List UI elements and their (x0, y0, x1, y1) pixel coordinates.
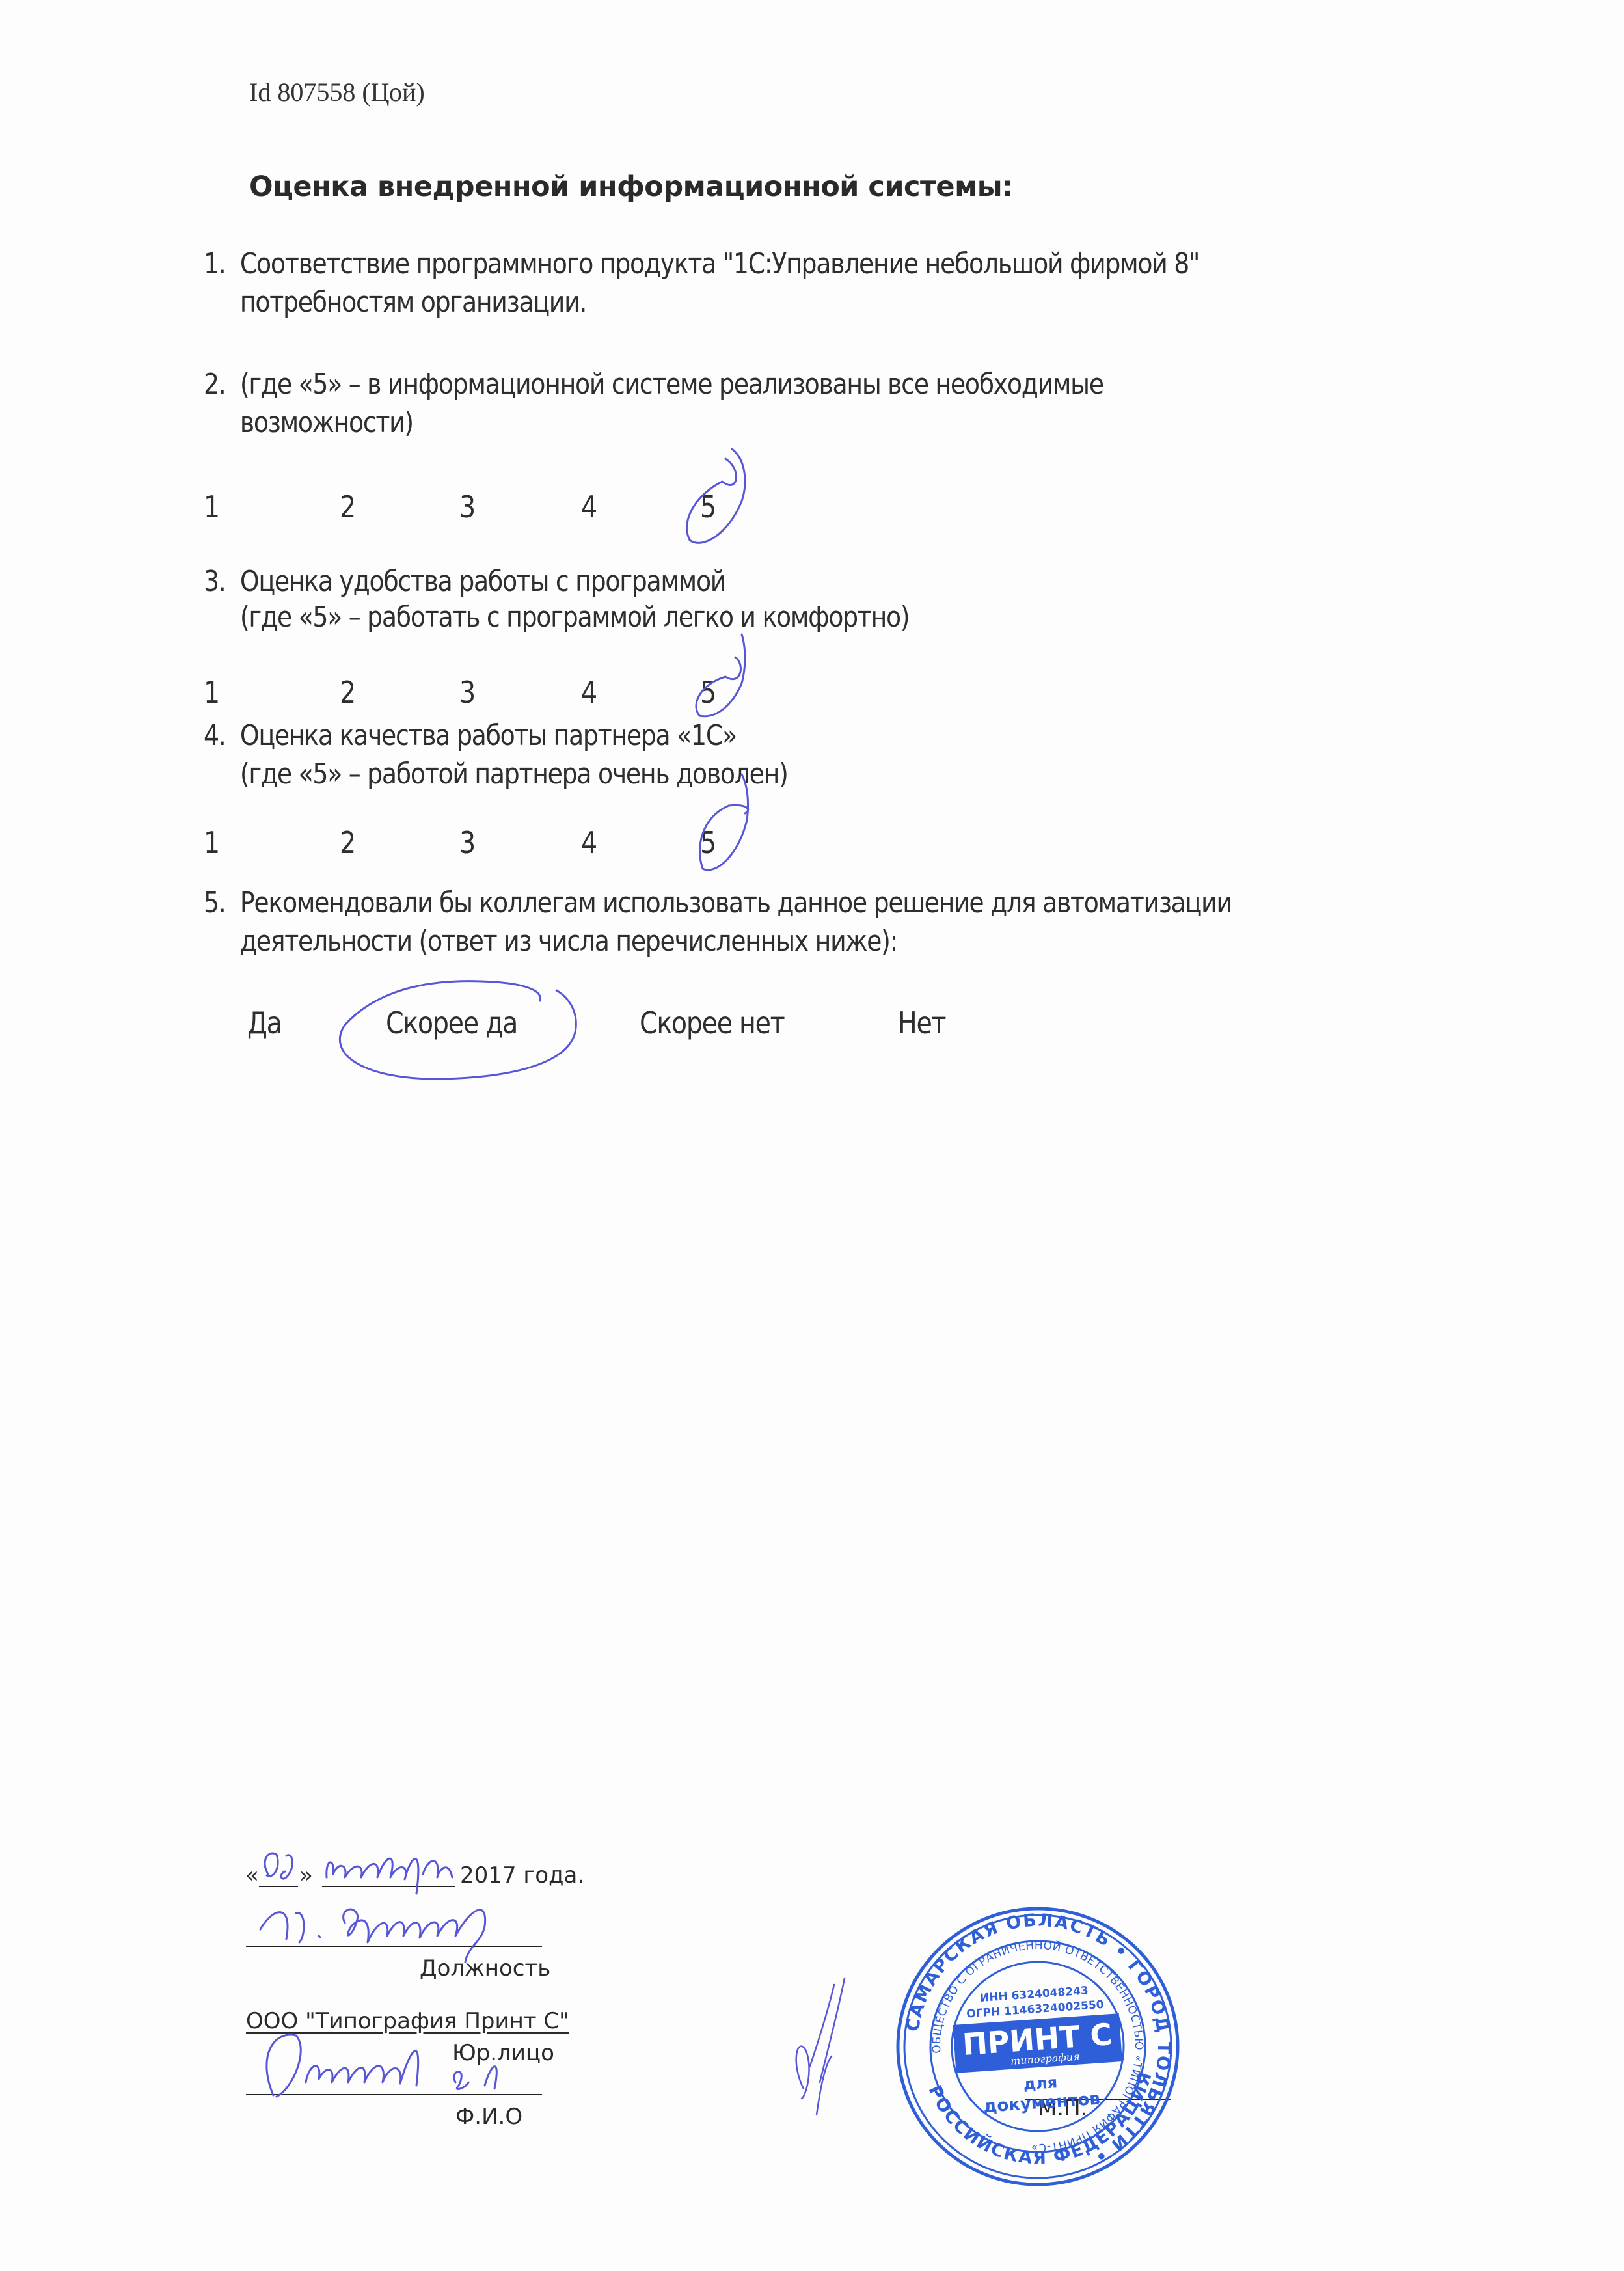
choice-no[interactable]: Нет (898, 1005, 945, 1040)
rating-option[interactable]: 2 (340, 675, 356, 710)
svg-text:ПРИНТ С: ПРИНТ С (961, 2017, 1113, 2062)
handwritten-date-month (327, 1858, 452, 1894)
question-text-cont: (где «5» – работой партнера очень доволе… (204, 757, 788, 791)
question-text-cont: деятельности (ответ из числа перечисленн… (204, 925, 1232, 958)
question-number: 3. (204, 565, 240, 598)
question-2: 2.(где «5» – в информационной системе ре… (204, 368, 1103, 439)
svg-text:ОГРН 1146324002550: ОГРН 1146324002550 (966, 1998, 1105, 2021)
svg-text:РОССИЙСКАЯ ФЕДЕРАЦИЯ: РОССИЙСКАЯ ФЕДЕРАЦИЯ (924, 2067, 1163, 2176)
fio-underline (246, 2094, 542, 2095)
question-text: Оценка удобства работы с программой (240, 565, 725, 598)
svg-text:типография: типография (1010, 2050, 1080, 2067)
question-number: 4. (204, 719, 240, 752)
handwritten-date-day (265, 1853, 292, 1879)
question-5: 5.Рекомендовали бы коллегам использовать… (204, 886, 1232, 958)
rating-option[interactable]: 1 (204, 489, 220, 524)
rating-option-selected[interactable]: 5 (700, 825, 716, 860)
choice-yes[interactable]: Да (247, 1005, 282, 1040)
date-close-quote: » (299, 1862, 313, 1888)
choice-rather-yes-selected[interactable]: Скорее да (386, 1005, 517, 1040)
question-1: 1.Соответствие программного продукта "1С… (204, 247, 1199, 319)
rating-option[interactable]: 1 (204, 825, 220, 860)
document-id: Id 807558 (Цой) (249, 77, 425, 107)
handwriting-layer: САМАРСКАЯ ОБЛАСТЬ • ГОРОД ТОЛЬЯТТИ • РОС… (0, 0, 1624, 2271)
date-open-quote: « (245, 1862, 259, 1888)
rating-option[interactable]: 2 (340, 489, 356, 524)
svg-text:для: для (1023, 2073, 1058, 2094)
rating-option-selected[interactable]: 5 (700, 675, 716, 710)
question-4: 4.Оценка качества работы партнера «1С» (… (204, 719, 788, 791)
date-month-underline (322, 1886, 455, 1887)
company-name: ООО "Типография Принт С" (246, 2008, 569, 2034)
rating-option-selected[interactable]: 5 (700, 489, 716, 524)
handwritten-director-signature (796, 1978, 845, 2115)
question-text: Оценка качества работы партнера «1С» (240, 719, 737, 752)
question-number: 2. (204, 368, 240, 401)
rating-option[interactable]: 2 (340, 825, 356, 860)
date-year: 2017 года. (460, 1862, 584, 1888)
handwritten-position (260, 1909, 485, 1962)
fio-label: Ф.И.О (455, 2104, 522, 2130)
rating-option[interactable]: 4 (581, 489, 597, 524)
company-label: Юр.лицо (452, 2040, 554, 2066)
question-text-cont: (где «5» – работать с программой легко и… (204, 601, 909, 634)
question-text: Рекомендовали бы коллегам использовать д… (240, 886, 1232, 919)
svg-text:ИНН 6324048243: ИНН 6324048243 (979, 1984, 1089, 2005)
page-title: Оценка внедренной информационной системы… (249, 170, 1013, 203)
company-stamp: САМАРСКАЯ ОБЛАСТЬ • ГОРОД ТОЛЬЯТТИ • РОС… (889, 1899, 1187, 2194)
rating-option[interactable]: 1 (204, 675, 220, 710)
question-number: 5. (204, 886, 240, 919)
rating-option[interactable]: 3 (459, 825, 476, 860)
date-day-underline (259, 1886, 298, 1887)
question-text: (где «5» – в информационной системе реал… (240, 368, 1103, 401)
question-3: 3.Оценка удобства работы с программой (г… (204, 565, 909, 634)
question-text-cont: потребностям организации. (204, 286, 1199, 319)
stamp-place-label: М.П. (1038, 2095, 1088, 2121)
svg-text:САМАРСКАЯ ОБЛАСТЬ • ГОРОД ТОЛЬ: САМАРСКАЯ ОБЛАСТЬ • ГОРОД ТОЛЬЯТТИ • (895, 1901, 1183, 2181)
question-number: 1. (204, 247, 240, 280)
question-text-cont: возможности) (204, 406, 1103, 439)
rating-option[interactable]: 4 (581, 675, 597, 710)
rating-option[interactable]: 3 (459, 489, 476, 524)
position-underline (246, 1946, 542, 1947)
rating-option[interactable]: 4 (581, 825, 597, 860)
rating-option[interactable]: 3 (459, 675, 476, 710)
svg-text:ОБЩЕСТВО С ОГРАНИЧЕННОЙ ОТВЕТС: ОБЩЕСТВО С ОГРАНИЧЕННОЙ ОТВЕТСТВЕННОСТЬЮ… (923, 1932, 1153, 2161)
choice-rather-no[interactable]: Скорее нет (640, 1005, 784, 1040)
question-text: Соответствие программного продукта "1С:У… (240, 247, 1199, 280)
position-label: Должность (420, 1955, 550, 1981)
